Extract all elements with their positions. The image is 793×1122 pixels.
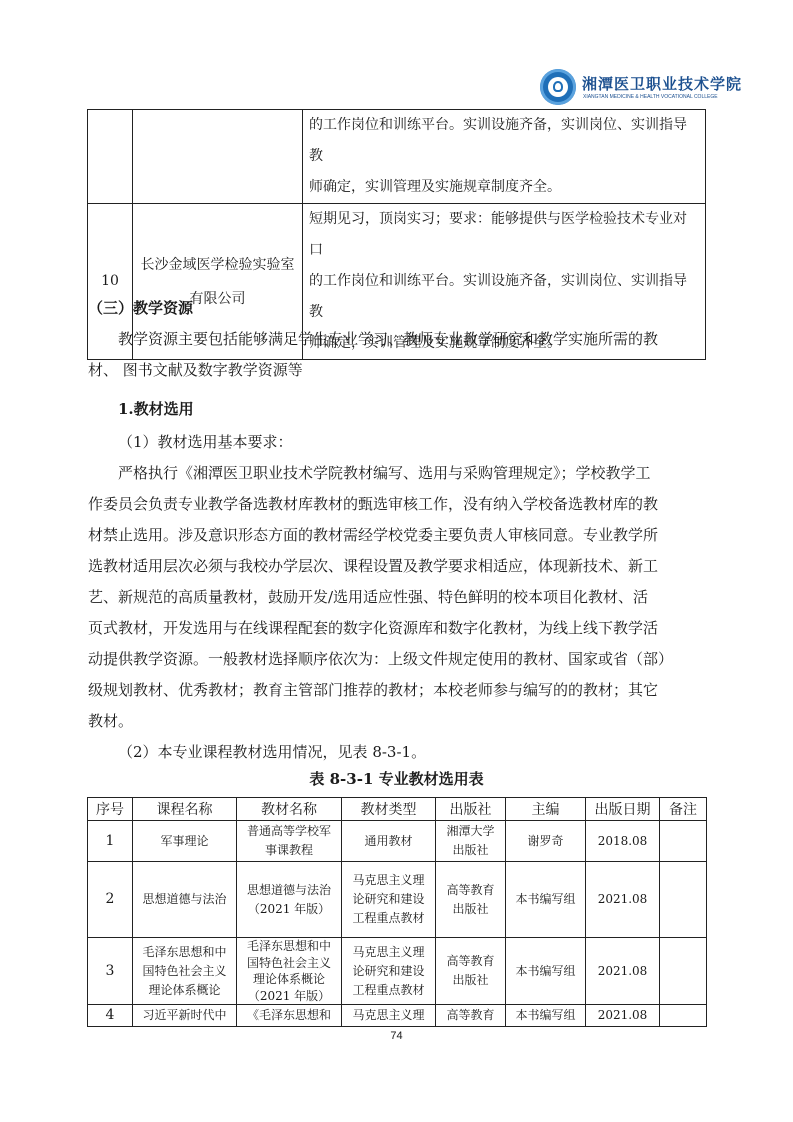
intro-paragraph-line: 教学资源主要包括能够满足学生专业学习、教师专业教学研究和教学实施所需的教 bbox=[118, 324, 658, 355]
col-header-no: 序号 bbox=[88, 798, 133, 821]
paragraph-line: 艺、新规范的高质量教材，鼓励开发/选用适应性强、特色鲜明的校本项目化教材、活 bbox=[88, 582, 648, 613]
cell-note bbox=[660, 821, 707, 862]
logo-english-name: XIANGTAN MEDICINE & HEALTH VOCATIONAL CO… bbox=[583, 94, 718, 100]
cell-type: 通用教材 bbox=[342, 821, 436, 862]
cell-note bbox=[660, 938, 707, 1005]
cell-date: 2021.08 bbox=[586, 862, 660, 938]
paragraph-line: 级规划教材、优秀教材；教育主管部门推荐的教材；本校老师参与编写的的教材；其它 bbox=[88, 675, 658, 706]
cell-course: 习近平新时代中 bbox=[133, 1005, 237, 1027]
cell-no: 1 bbox=[88, 821, 133, 862]
col-header-course: 课程名称 bbox=[133, 798, 237, 821]
col-header-editor: 主编 bbox=[506, 798, 586, 821]
cell-editor: 谢罗奇 bbox=[506, 821, 586, 862]
cell-course: 思想道德与法治 bbox=[133, 862, 237, 938]
cell-no: 2 bbox=[88, 862, 133, 938]
page-number: 74 bbox=[0, 1030, 793, 1042]
cell-note bbox=[660, 862, 707, 938]
col-header-note: 备注 bbox=[660, 798, 707, 821]
col-header-type: 教材类型 bbox=[342, 798, 436, 821]
textbook-table: 序号 课程名称 教材名称 教材类型 出版社 主编 出版日期 备注 1 军事理论 … bbox=[87, 797, 707, 1027]
intro-paragraph-line: 材、 图书文献及数字教学资源等 bbox=[88, 355, 303, 386]
table-row: 4 习近平新时代中 《毛泽东思想和 马克思主义理 高等教育 本书编写组 2021… bbox=[88, 1005, 707, 1027]
logo-chinese-name: 湘潭医卫职业技术学院 bbox=[582, 73, 742, 94]
paragraph-line: 材禁止选用。涉及意识形态方面的教材需经学校党委主要负责人审核同意。专业教学所 bbox=[88, 520, 658, 551]
col-header-date: 出版日期 bbox=[586, 798, 660, 821]
cell-book: 普通高等学校军事课教程 bbox=[237, 821, 342, 862]
table-row: 3 毛泽东思想和中国特色社会主义理论体系概论 毛泽东思想和中国特色社会主义理论体… bbox=[88, 938, 707, 1005]
cell-book: 思想道德与法治（2021 年版） bbox=[237, 862, 342, 938]
paragraph-line: 动提供教学资源。一般教材选择顺序依次为：上级文件规定使用的教材、国家或省（部） bbox=[88, 644, 673, 675]
cell-book: 毛泽东思想和中国特色社会主义理论体系概论（2021 年版） bbox=[237, 938, 342, 1005]
table-row: 2 思想道德与法治 思想道德与法治（2021 年版） 马克思主义理论研究和建设工… bbox=[88, 862, 707, 938]
table-header-row: 序号 课程名称 教材名称 教材类型 出版社 主编 出版日期 备注 bbox=[88, 798, 707, 821]
table-row: 的工作岗位和训练平台。实训设施齐备，实训岗位、实训指导教 师确定，实训管理及实施… bbox=[88, 110, 706, 204]
cell-publisher: 高等教育出版社 bbox=[436, 938, 506, 1005]
cell-type: 马克思主义理 bbox=[342, 1005, 436, 1027]
college-seal-icon bbox=[540, 69, 576, 105]
cell-course: 军事理论 bbox=[133, 821, 237, 862]
cell-course: 毛泽东思想和中国特色社会主义理论体系概论 bbox=[133, 938, 237, 1005]
col-header-book: 教材名称 bbox=[237, 798, 342, 821]
table-row: 1 军事理论 普通高等学校军事课教程 通用教材 湘潭大学出版社 谢罗奇 2018… bbox=[88, 821, 707, 862]
cell-date: 2018.08 bbox=[586, 821, 660, 862]
cell-editor: 本书编写组 bbox=[506, 862, 586, 938]
subsection-title: 1.教材选用 bbox=[118, 394, 194, 425]
paragraph-line: 页式教材，开发选用与在线课程配套的数字化资源库和数字化教材，为线上线下教学活 bbox=[88, 613, 658, 644]
paragraph-line: 选教材适用层次必须与我校办学层次、课程设置及教学要求相适应，体现新技术、新工 bbox=[88, 551, 658, 582]
cell-date: 2021.08 bbox=[586, 1005, 660, 1027]
cell-date: 2021.08 bbox=[586, 938, 660, 1005]
cell-type: 马克思主义理论研究和建设工程重点教材 bbox=[342, 938, 436, 1005]
cell-editor: 本书编写组 bbox=[506, 1005, 586, 1027]
item-heading: （1）教材选用基本要求： bbox=[118, 427, 293, 458]
cell-no: 4 bbox=[88, 1005, 133, 1027]
company-name bbox=[133, 110, 303, 204]
paragraph-line: 作委员会负责专业教学备选教材库教材的甄选审核工作，没有纳入学校备选教材库的教 bbox=[88, 489, 658, 520]
cell-editor: 本书编写组 bbox=[506, 938, 586, 1005]
table-caption: 表 8-3-1 专业教材选用表 bbox=[0, 768, 793, 789]
paragraph-line: 严格执行《湘潭医卫职业技术学院教材编写、选用与采购管理规定》；学校教学工 bbox=[118, 458, 651, 489]
college-logo: 湘潭医卫职业技术学院 XIANGTAN MEDICINE & HEALTH VO… bbox=[540, 67, 720, 109]
paragraph-line: 教材。 bbox=[88, 706, 133, 737]
cell-book: 《毛泽东思想和 bbox=[237, 1005, 342, 1027]
cell-no: 3 bbox=[88, 938, 133, 1005]
cell-publisher: 高等教育 bbox=[436, 1005, 506, 1027]
cell-publisher: 高等教育出版社 bbox=[436, 862, 506, 938]
cell-note bbox=[660, 1005, 707, 1027]
section-title: （三）教学资源 bbox=[88, 293, 193, 324]
row-number bbox=[88, 110, 133, 204]
col-header-publisher: 出版社 bbox=[436, 798, 506, 821]
row-description: 的工作岗位和训练平台。实训设施齐备，实训岗位、实训指导教 师确定，实训管理及实施… bbox=[303, 110, 706, 204]
item-heading: （2）本专业课程教材选用情况，见表 8-3-1。 bbox=[118, 737, 426, 768]
cell-publisher: 湘潭大学出版社 bbox=[436, 821, 506, 862]
cell-type: 马克思主义理论研究和建设工程重点教材 bbox=[342, 862, 436, 938]
